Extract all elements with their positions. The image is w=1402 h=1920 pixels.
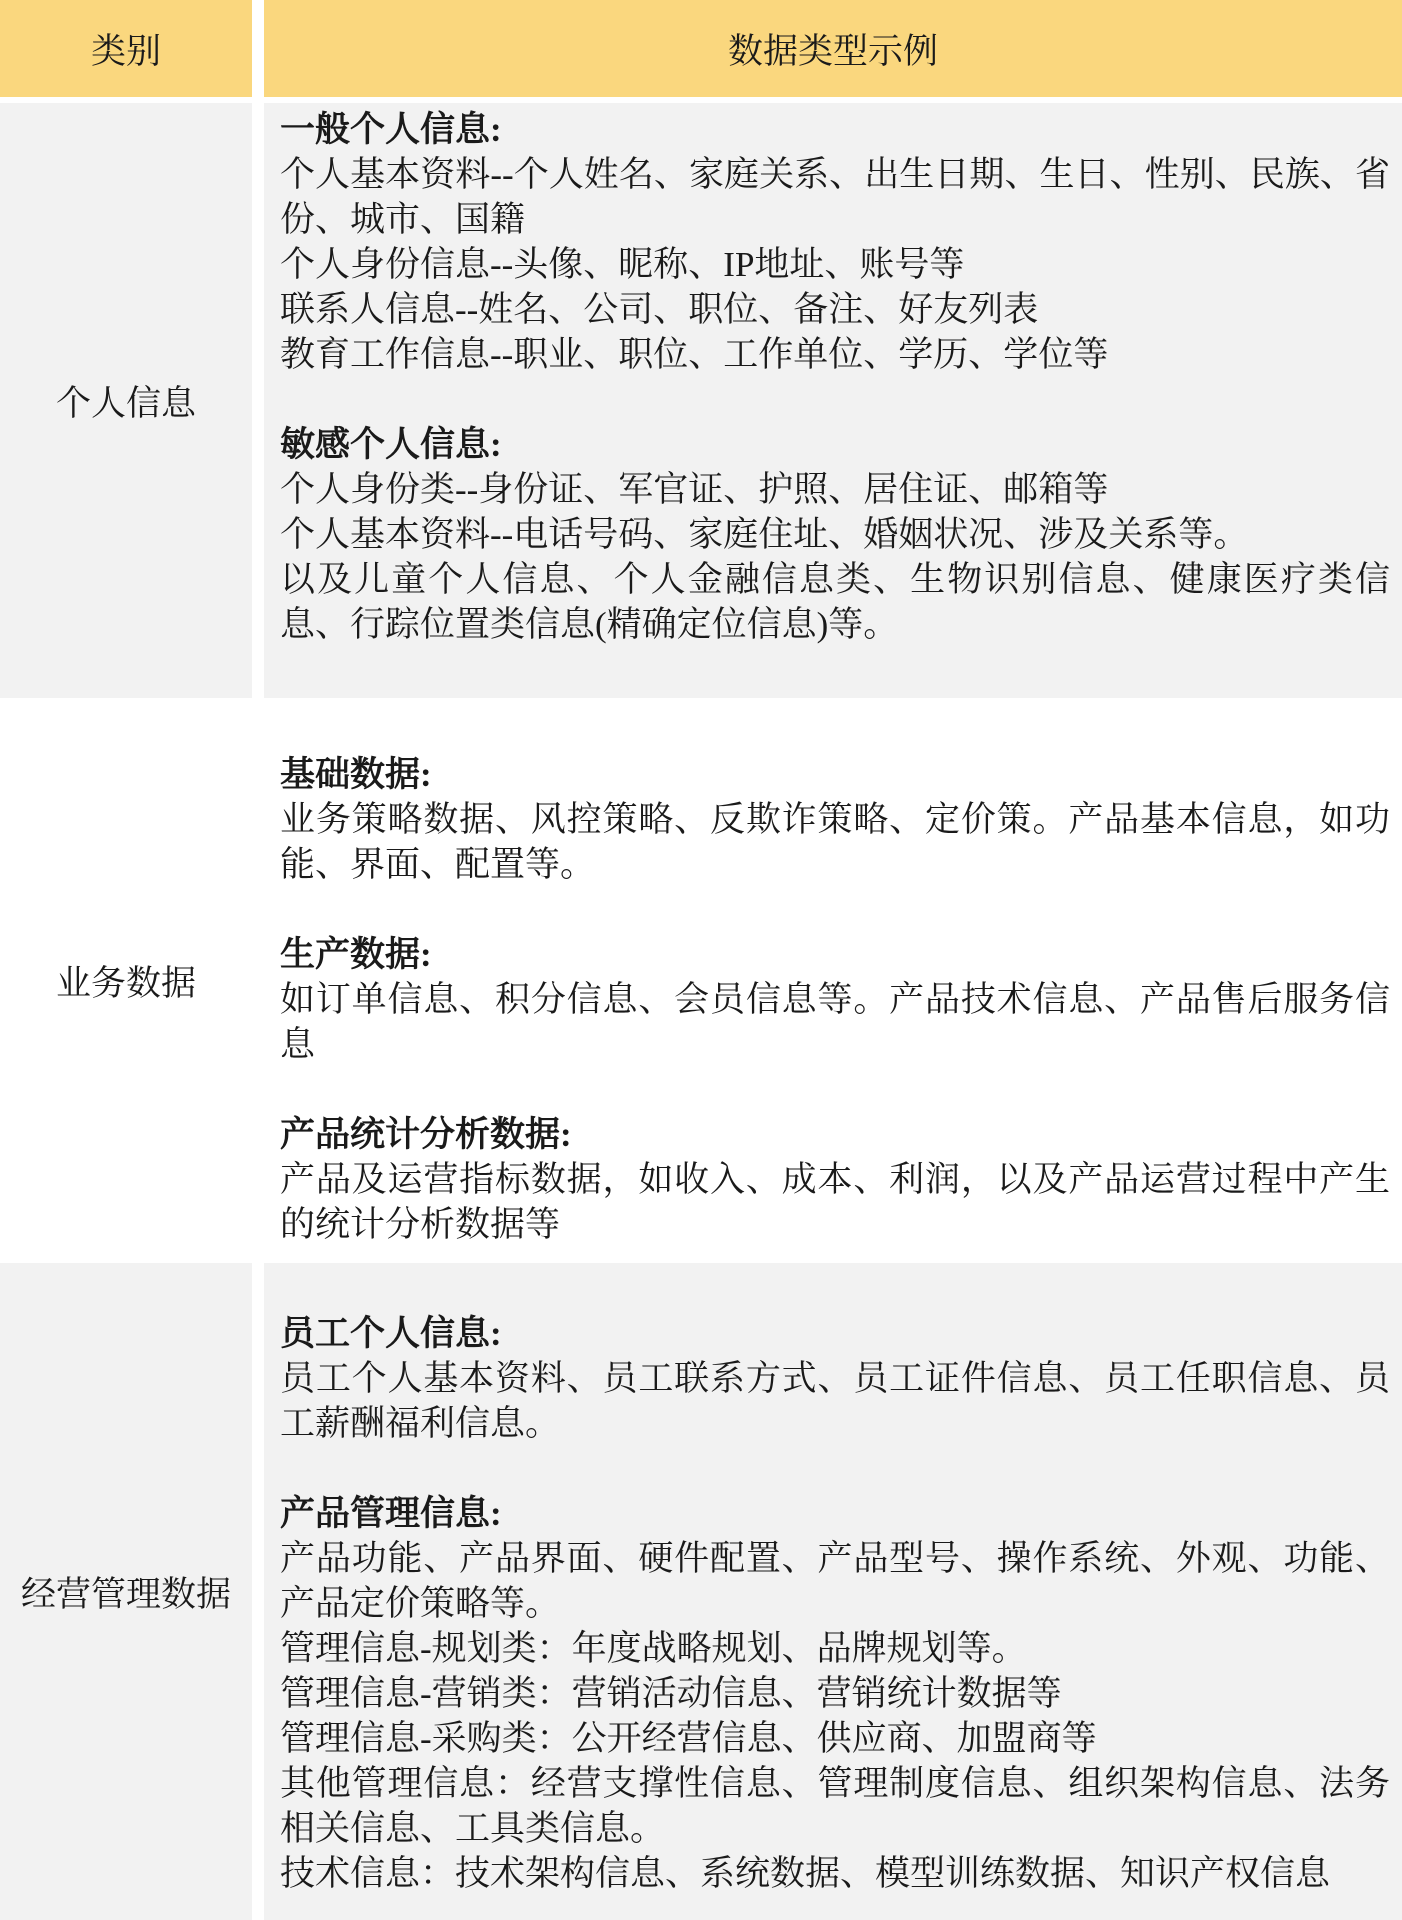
section-body: 个人身份类--身份证、军官证、护照、居住证、邮箱等 个人基本资料--电话号码、家… <box>280 467 1390 647</box>
row-personal-info-category-label: 个人信息 <box>56 376 196 426</box>
section-basic-data: 基础数据: 业务策略数据、风控策略、反欺诈策略、定价策。产品基本信息，如功能、界… <box>280 752 1390 887</box>
header-example-cell: 数据类型示例 <box>264 0 1402 97</box>
section-title: 基础数据: <box>280 752 1390 797</box>
section-title: 产品统计分析数据: <box>280 1112 1390 1157</box>
section-body: 如订单信息、积分信息、会员信息等。产品技术信息、产品售后服务信息 <box>280 977 1390 1067</box>
row-business-data-category-cell: 业务数据 <box>0 704 252 1257</box>
section-title: 员工个人信息: <box>280 1311 1390 1356</box>
section-sensitive-personal-info: 敏感个人信息: 个人身份类--身份证、军官证、护照、居住证、邮箱等 个人基本资料… <box>280 422 1390 647</box>
section-production-data: 生产数据: 如订单信息、积分信息、会员信息等。产品技术信息、产品售后服务信息 <box>280 932 1390 1067</box>
row-personal-info-category-cell: 个人信息 <box>0 103 252 698</box>
data-category-table: 类别 数据类型示例 个人信息 一般个人信息: 个人基本资料--个人姓名、家庭关系… <box>0 0 1402 1920</box>
header-category-label: 类别 <box>91 24 161 74</box>
section-body: 员工个人基本资料、员工联系方式、员工证件信息、员工任职信息、员工薪酬福利信息。 <box>280 1356 1390 1446</box>
section-general-personal-info: 一般个人信息: 个人基本资料--个人姓名、家庭关系、出生日期、生日、性别、民族、… <box>280 107 1390 377</box>
section-body: 产品功能、产品界面、硬件配置、产品型号、操作系统、外观、功能、产品定价策略等。 … <box>280 1536 1390 1896</box>
section-title: 生产数据: <box>280 932 1390 977</box>
row-management-data-category-label: 经营管理数据 <box>21 1567 231 1617</box>
section-product-management-info: 产品管理信息: 产品功能、产品界面、硬件配置、产品型号、操作系统、外观、功能、产… <box>280 1491 1390 1896</box>
row-management-data-category-cell: 经营管理数据 <box>0 1263 252 1920</box>
row-personal-info-content-cell: 一般个人信息: 个人基本资料--个人姓名、家庭关系、出生日期、生日、性别、民族、… <box>264 103 1402 698</box>
header-category-cell: 类别 <box>0 0 252 97</box>
section-body: 产品及运营指标数据，如收入、成本、利润，以及产品运营过程中产生的统计分析数据等 <box>280 1157 1390 1247</box>
section-body: 业务策略数据、风控策略、反欺诈策略、定价策。产品基本信息，如功能、界面、配置等。 <box>280 797 1390 887</box>
section-title: 一般个人信息: <box>280 107 1390 152</box>
section-title: 产品管理信息: <box>280 1491 1390 1536</box>
row-management-data-content-cell: 员工个人信息: 员工个人基本资料、员工联系方式、员工证件信息、员工任职信息、员工… <box>264 1263 1402 1920</box>
row-business-data-content-cell: 基础数据: 业务策略数据、风控策略、反欺诈策略、定价策。产品基本信息，如功能、界… <box>264 704 1402 1257</box>
section-employee-personal-info: 员工个人信息: 员工个人基本资料、员工联系方式、员工证件信息、员工任职信息、员工… <box>280 1311 1390 1446</box>
section-product-statistics-data: 产品统计分析数据: 产品及运营指标数据，如收入、成本、利润，以及产品运营过程中产… <box>280 1112 1390 1247</box>
header-example-label: 数据类型示例 <box>728 24 938 74</box>
section-title: 敏感个人信息: <box>280 422 1390 467</box>
row-business-data-category-label: 业务数据 <box>56 956 196 1006</box>
section-body: 个人基本资料--个人姓名、家庭关系、出生日期、生日、性别、民族、省份、城市、国籍… <box>280 152 1390 377</box>
